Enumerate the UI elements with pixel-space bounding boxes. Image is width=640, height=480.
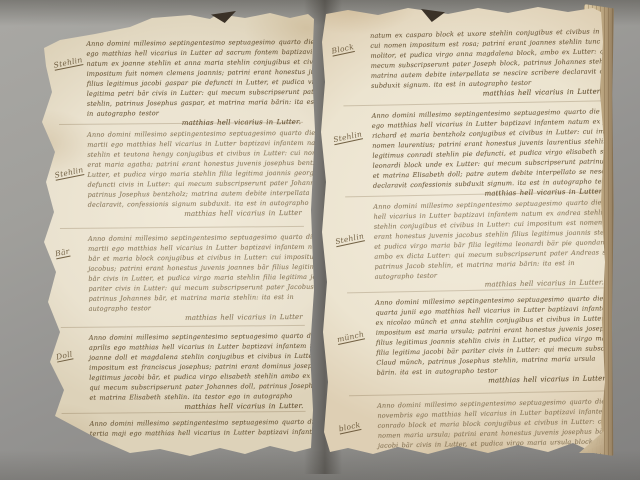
signature-line: matthias hell vicarius in Lutter bbox=[88, 208, 314, 220]
manuscript-page-right: Blocknatum ex casparo block et uxore ste… bbox=[318, 2, 616, 460]
manuscript-page-left: StehlinAnno domini millesimo septingente… bbox=[40, 10, 318, 458]
baptism-entry: BärAnno domini millesimo septingentesimo… bbox=[40, 232, 318, 234]
manuscript-photo: StehlinAnno domini millesimo septingente… bbox=[0, 0, 640, 480]
entry-text-block: Anno domini millesimo septingentesimo se… bbox=[373, 197, 616, 292]
baptism-entry: StehlinAnno domini millesimo septingente… bbox=[317, 106, 615, 112]
entry-separator-rule bbox=[343, 100, 602, 106]
baptism-entry: münchAnno domini millesimo septingentesi… bbox=[320, 293, 618, 299]
baptism-entry: Anno domini millesimo septingentesimo se… bbox=[42, 417, 320, 419]
entry-separator-rule bbox=[61, 325, 305, 328]
margin-annotation: münch bbox=[336, 330, 365, 345]
baptism-entry: StehlinAnno domini millesimo septingente… bbox=[39, 128, 317, 130]
entry-text-block: Anno domini millesimo septingentesimo se… bbox=[372, 106, 615, 201]
entry-text-block: Anno domini millesimo septingentesimo se… bbox=[89, 331, 316, 413]
entry-text-block: Anno domini millesimo septingentesimo se… bbox=[377, 396, 619, 451]
baptism-entry: blockAnno domini millesimo septingentesi… bbox=[322, 396, 620, 402]
entry-text-block: Anno domini millesimo septingentesimo se… bbox=[88, 232, 315, 324]
margin-annotation: Stehlin bbox=[54, 165, 84, 180]
entry-separator-rule bbox=[60, 226, 304, 229]
entry-text-block: Anno domini millesimo septingentesimo se… bbox=[87, 128, 314, 220]
entry-separator-rule bbox=[349, 390, 608, 396]
signature-line: matthias hell vicarius in Lutter bbox=[89, 312, 315, 324]
left-page-content: StehlinAnno domini millesimo septingente… bbox=[38, 9, 320, 459]
margin-annotation: Stehlin bbox=[334, 231, 364, 246]
margin-annotation: block bbox=[338, 420, 361, 433]
margin-annotation: Block bbox=[331, 42, 355, 56]
right-page-content: Blocknatum ex casparo block et uxore ste… bbox=[315, 0, 622, 463]
margin-annotation: Stehlin bbox=[332, 129, 362, 144]
entry-text-block: Anno domini millesimo septingentesimo se… bbox=[90, 417, 316, 439]
entry-text-block: Anno domini millesimo septingentesimo se… bbox=[375, 293, 618, 388]
manuscript-line: tertia maji ego matthias hell vicarius i… bbox=[90, 427, 316, 439]
baptism-entry: StehlinAnno domini millesimo septingente… bbox=[38, 37, 316, 39]
baptism-entry: Blocknatum ex casparo block et uxore ste… bbox=[315, 26, 613, 32]
entry-text-block: natum ex casparo block et uxore stehlin … bbox=[370, 26, 612, 101]
entry-text-block: Anno domini millesimo septingentesimo se… bbox=[86, 37, 313, 129]
margin-annotation: Stehlin bbox=[53, 55, 83, 70]
margin-annotation: Bär bbox=[54, 247, 70, 259]
baptism-entry: DollAnno domini millesimo septingentesim… bbox=[41, 331, 319, 333]
margin-annotation: Doll bbox=[55, 349, 73, 361]
